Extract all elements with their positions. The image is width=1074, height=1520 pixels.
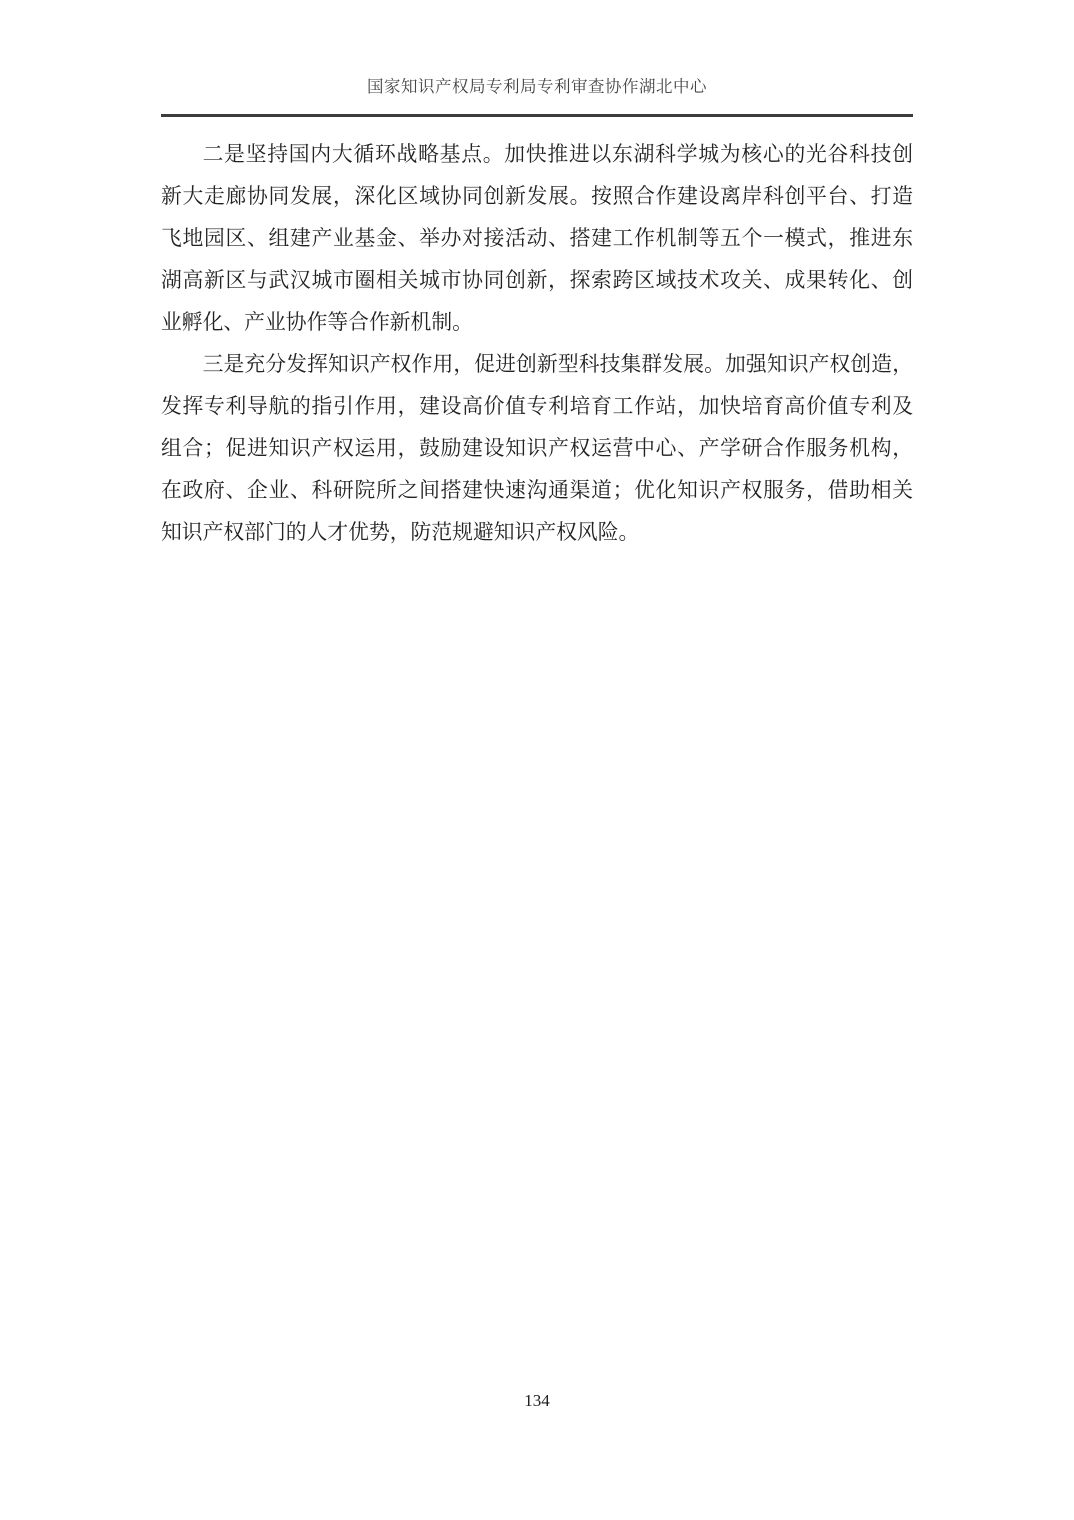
document-page: 国家知识产权局专利局专利审查协作湖北中心 二是坚持国内大循环战略基点。加快推进以… <box>0 0 1074 1520</box>
text-line: 组合；促进知识产权运用，鼓励建设知识产权运营中心、产学研合作服务机构， <box>161 428 913 470</box>
text-line: 知识产权部门的人才优势，防范规避知识产权风险。 <box>161 512 913 554</box>
text-line: 发挥专利导航的指引作用，建设高价值专利培育工作站，加快培育高价值专利及 <box>161 386 913 428</box>
text-line: 三是充分发挥知识产权作用，促进创新型科技集群发展。加强知识产权创造， <box>161 344 913 386</box>
text-line: 新大走廊协同发展，深化区域协同创新发展。按照合作建设离岸科创平台、打造 <box>161 176 913 218</box>
text-line: 在政府、企业、科研院所之间搭建快速沟通渠道；优化知识产权服务，借助相关 <box>161 470 913 512</box>
text-line: 湖高新区与武汉城市圈相关城市协同创新，探索跨区域技术攻关、成果转化、创 <box>161 260 913 302</box>
paragraph: 二是坚持国内大循环战略基点。加快推进以东湖科学城为核心的光谷科技创 新大走廊协同… <box>161 134 913 344</box>
text-line: 二是坚持国内大循环战略基点。加快推进以东湖科学城为核心的光谷科技创 <box>161 134 913 176</box>
page-header-title: 国家知识产权局专利局专利审查协作湖北中心 <box>0 77 1074 97</box>
text-line: 业孵化、产业协作等合作新机制。 <box>161 302 913 344</box>
text-line: 飞地园区、组建产业基金、举办对接活动、搭建工作机制等五个一模式，推进东 <box>161 218 913 260</box>
paragraph: 三是充分发挥知识产权作用，促进创新型科技集群发展。加强知识产权创造， 发挥专利导… <box>161 344 913 554</box>
header-rule-divider <box>161 114 913 117</box>
page-number: 134 <box>0 1391 1074 1411</box>
document-body: 二是坚持国内大循环战略基点。加快推进以东湖科学城为核心的光谷科技创 新大走廊协同… <box>161 134 913 554</box>
